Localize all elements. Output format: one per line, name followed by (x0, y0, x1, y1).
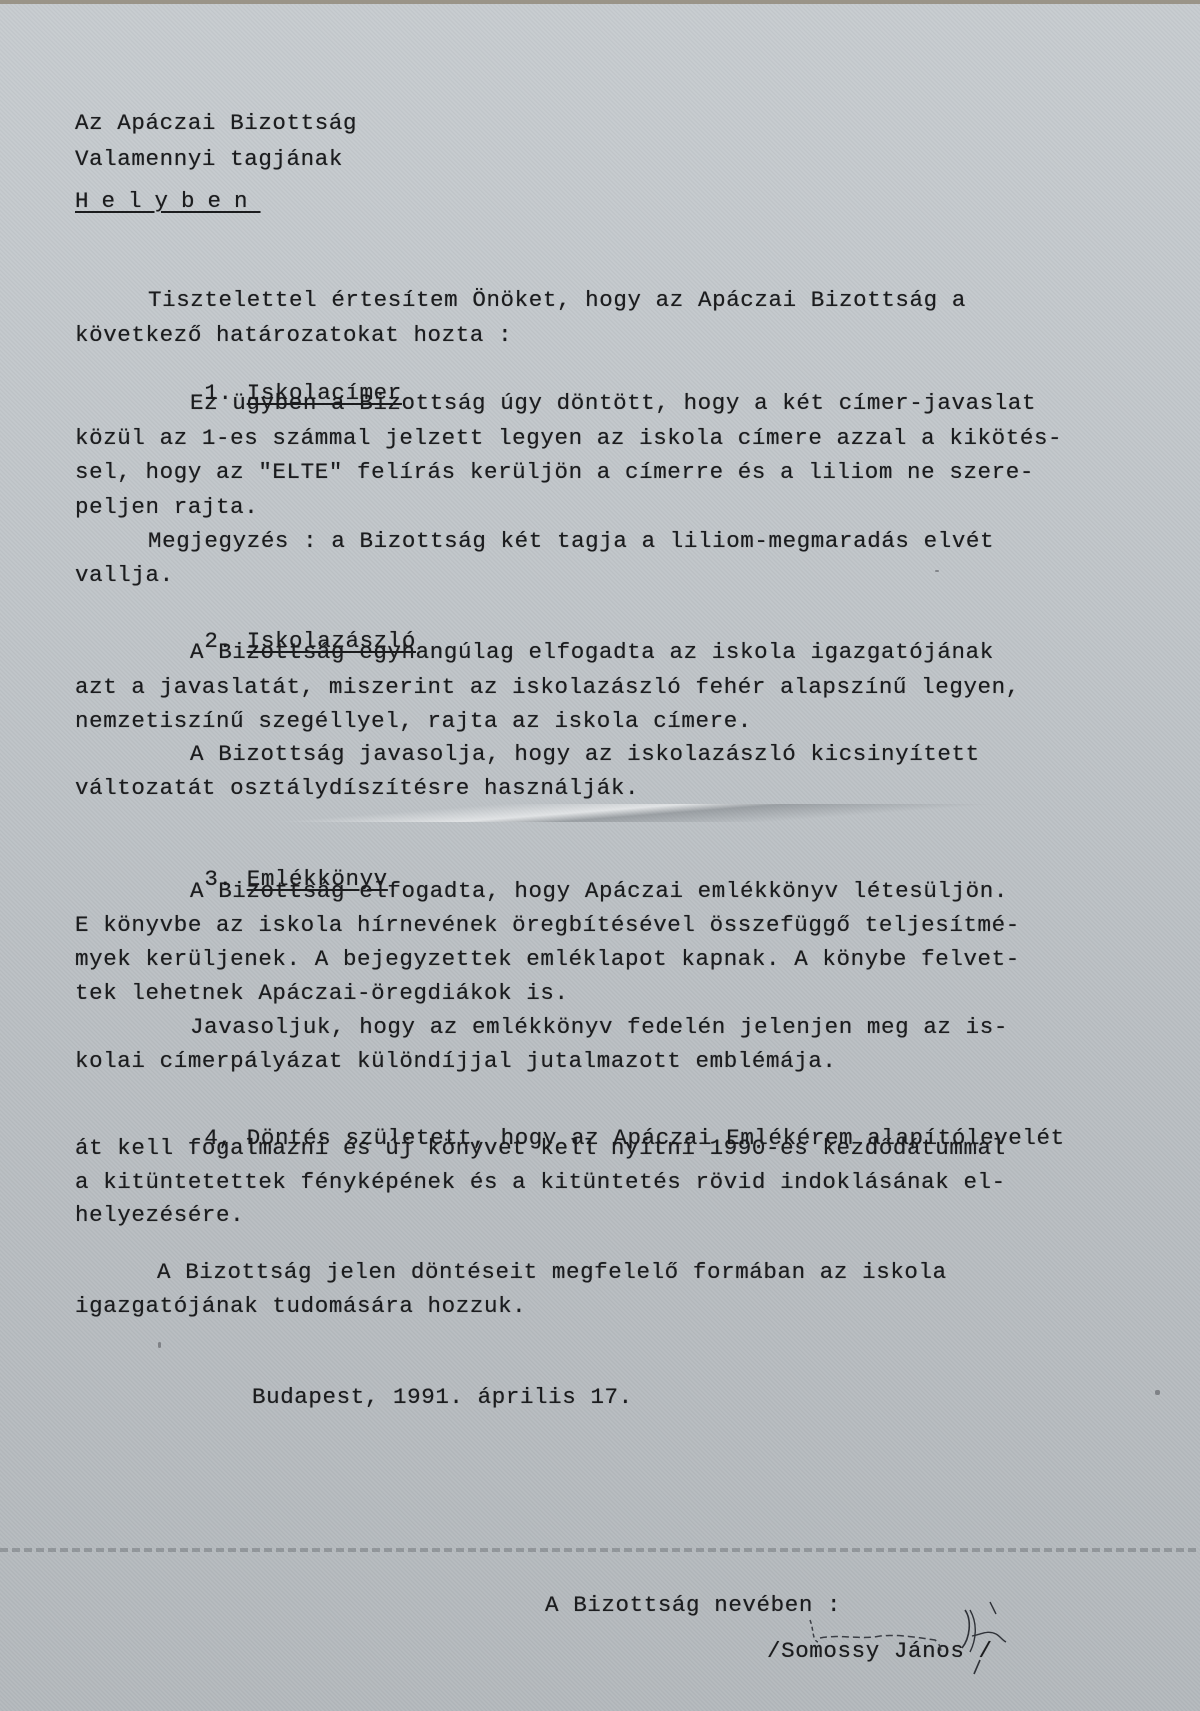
body-line: Javasoljuk, hogy az emlékkönyv fedelén j… (190, 1016, 1008, 1039)
paper-fold-crease (0, 804, 1200, 822)
body-line: A Bizottság elfogadta, hogy Apáczai emlé… (190, 880, 1008, 903)
recipient-line: Az Apáczai Bizottság (75, 112, 357, 135)
body-line: nemzetiszínű szegéllyel, rajta az iskola… (75, 710, 752, 733)
body-line: helyezésére. (75, 1204, 244, 1227)
signoff: A Bizottság nevében : (545, 1594, 841, 1617)
body-line: myek kerüljenek. A bejegyzettek emléklap… (75, 948, 1020, 971)
closing-line: igazgatójának tudomására hozzuk. (75, 1295, 526, 1318)
body-line: azt a javaslatát, miszerint az iskolazás… (75, 676, 1020, 699)
note-line: vallja. (75, 564, 174, 587)
ink-speck (158, 1342, 161, 1348)
body-line: kolai címerpályázat különdíjjal jutalmaz… (75, 1050, 837, 1073)
ink-speck (1155, 1390, 1160, 1395)
typewritten-letter: Az Apáczai Bizottság Valamennyi tagjának… (0, 4, 1200, 1711)
body-line: peljen rajta. (75, 496, 258, 519)
handwritten-signature-icon (800, 1600, 1040, 1680)
body-line: át kell fogalmazni és új könyvet kell ny… (75, 1137, 1006, 1160)
note-line: Megjegyzés : a Bizottság két tagja a lil… (148, 530, 994, 553)
intro-line: Tisztelettel értesítem Önöket, hogy az A… (148, 289, 966, 312)
body-line: tek lehetnek Apáczai-öregdiákok is. (75, 982, 569, 1005)
closing-line: A Bizottság jelen döntéseit megfelelő fo… (157, 1261, 947, 1284)
recipient-location: Helyben (75, 190, 261, 213)
place-date: Budapest, 1991. április 17. (252, 1386, 633, 1409)
recipient-line: Valamennyi tagjának (75, 148, 343, 171)
intro-line: következő határozatokat hozta : (75, 324, 512, 347)
ink-speck (935, 570, 939, 572)
body-line: E könyvbe az iskola hírnevének öregbítés… (75, 914, 1020, 937)
body-line: A Bizottság egyhangúlag elfogadta az isk… (190, 641, 994, 664)
body-line: változatát osztálydíszítésre használják. (75, 777, 639, 800)
body-line: közül az 1-es számmal jelzett legyen az … (75, 427, 1062, 450)
body-line: sel, hogy az "ELTE" felírás kerüljön a c… (75, 461, 1034, 484)
body-line: Ez ügyben a Bizottság úgy döntött, hogy … (190, 392, 1036, 415)
body-line: a kitüntetettek fényképének és a kitünte… (75, 1171, 1006, 1194)
body-line: A Bizottság javasolja, hogy az iskolazás… (190, 743, 980, 766)
paper-fold-crease (0, 1548, 1200, 1552)
